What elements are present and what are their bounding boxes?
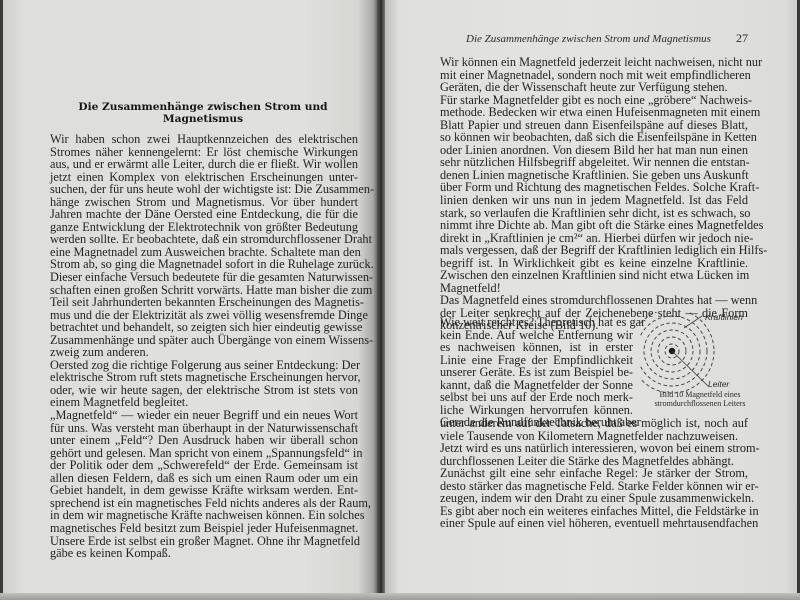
figure-caption-line-2: stromdurchflossenen Leiters	[620, 400, 780, 409]
text-line: der Politik oder dem „Schwerefeld“ der E…	[50, 459, 358, 472]
text-line: magnetisches Feld besitzt zum Beispiel j…	[50, 522, 358, 535]
text-line: Wir können ein Magnetfeld jederzeit leic…	[440, 56, 748, 69]
right-page-body-text-bottom: unter anderem auf der Tatsache, daß es m…	[440, 417, 748, 530]
text-line: zeugen, indem wir den Draht zu einer Spu…	[440, 492, 748, 505]
text-line: es nachweisen können, ist in erster	[440, 341, 633, 354]
text-line: Geräten, die der Wissenschaft heute zur …	[440, 81, 748, 94]
running-head: Die Zusammenhänge zwischen Strom und Mag…	[466, 33, 716, 45]
text-line: Jahren machte der Däne Oersted eine Entd…	[50, 208, 358, 221]
text-line: linien denken wir uns nun in jedem Magne…	[440, 194, 748, 207]
text-line: so können wir beobachten, daß sich die E…	[440, 131, 748, 144]
left-page-body-text: Wir haben schon zwei Hauptkennzeichen de…	[50, 133, 358, 560]
book-gutter	[377, 0, 385, 600]
text-line: selbst bei uns auf der Erde noch merk-	[440, 391, 633, 404]
page-bottom-edge	[0, 593, 800, 600]
text-line: Zwischen den einzelnen Kraftlinien sind …	[440, 269, 748, 282]
text-line: Jetzt wird es uns natürlich interessiere…	[440, 442, 748, 455]
text-line: aus, und er erwärmt alle Leiter, durch d…	[50, 158, 358, 171]
figure-label-field-lines: Kraftlinien	[705, 312, 743, 322]
text-line: einer Spule auf einen viel höheren, even…	[440, 517, 748, 530]
text-line: Dieser einfache Versuch bedeutete für di…	[50, 271, 358, 284]
text-line: unserer Geräte. Es ist zum Beispiel be-	[440, 366, 633, 379]
chapter-title: Die Zusammenhänge zwischen Strom und Mag…	[58, 101, 348, 125]
figure-caption: Bild 10 Magnetfeld eines stromdurchfloss…	[620, 391, 780, 408]
book-spread: Die Zusammenhänge zwischen Strom und Mag…	[0, 0, 800, 600]
field-lines-pointer	[684, 316, 702, 328]
text-line: zweig zum anderen.	[50, 346, 358, 359]
text-line: unter anderem auf der Tatsache, daß es m…	[440, 417, 748, 430]
right-page-body-text-top: Wir können ein Magnetfeld jederzeit leic…	[440, 56, 748, 332]
text-line: Teil seit Jahrhunderten bekannten Ersche…	[50, 296, 358, 309]
right-page-body-text-beside-figure: Wie weit reicht es? Theoretisch hat es g…	[440, 316, 633, 429]
page-number: 27	[736, 31, 748, 46]
text-line: Wir haben schon zwei Hauptkennzeichen de…	[50, 133, 358, 146]
text-line: Wie weit reicht es? Theoretisch hat es g…	[440, 316, 633, 329]
figure-label-conductor: Leiter	[708, 379, 729, 389]
text-line: suchen, der für uns heute wohl der wicht…	[50, 183, 358, 196]
text-line: methode. Bedecken wir etwa einen Hufeise…	[440, 106, 748, 119]
text-line: nimmt ihre Dichte ab. Man gibt oft die S…	[440, 219, 748, 232]
text-line: gäbe es keinen Kompaß.	[50, 547, 358, 560]
text-line: Zunächst gilt eine sehr einfache Regel: …	[440, 467, 748, 480]
text-line: „Magnetfeld“ — wieder ein neuer Begriff …	[50, 409, 358, 422]
text-line: betrachtet und behandelt, so zeigten sic…	[50, 321, 358, 334]
text-line: unter einem „Feld“? Den Ausdruck haben w…	[50, 434, 358, 447]
text-line: mals vergessen, daß der Begriff der Kraf…	[440, 244, 748, 257]
text-line: Gebiet handelt, in dem gewisse Kräfte wi…	[50, 484, 358, 497]
